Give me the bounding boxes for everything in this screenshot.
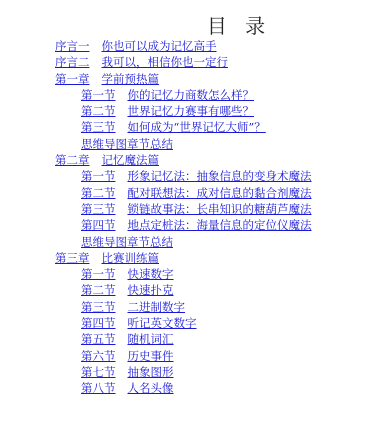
- toc-item-chapter-2[interactable]: 第二章记忆魔法篇: [0, 152, 382, 168]
- toc-number: 第七节: [81, 365, 116, 379]
- toc-number: 第二节: [81, 104, 116, 118]
- toc-number: 第四节: [81, 316, 116, 330]
- toc-text: 抽象图形: [128, 365, 174, 379]
- toc-text: 学前预热篇: [102, 72, 160, 86]
- toc-item-ch1-sec3[interactable]: 第三节如何成为“世界记忆大师”？: [0, 119, 382, 135]
- toc-number: 第三节: [81, 120, 116, 134]
- toc-link[interactable]: 第二节配对联想法：成对信息的黏合剂魔法: [81, 186, 312, 200]
- toc-item-ch3-sec5[interactable]: 第五节随机词汇: [0, 331, 382, 347]
- toc-text: 思维导图章节总结: [81, 235, 173, 249]
- toc-link[interactable]: 第三章比赛训练篇: [55, 251, 159, 265]
- toc-text: 思维导图章节总结: [81, 137, 173, 151]
- toc-link[interactable]: 第三节二进制数字: [81, 300, 185, 314]
- toc-number: 第三节: [81, 202, 116, 216]
- toc-item-ch2-sec1[interactable]: 第一节形象记忆法：抽象信息的变身术魔法: [0, 168, 382, 184]
- toc-text: 如何成为“世界记忆大师”？: [128, 120, 266, 134]
- toc-item-ch2-sec2[interactable]: 第二节配对联想法：成对信息的黏合剂魔法: [0, 185, 382, 201]
- page-title: 目 录: [0, 10, 382, 39]
- toc-link[interactable]: 第八节人名头像: [81, 381, 174, 395]
- toc-link[interactable]: 第一节形象记忆法：抽象信息的变身术魔法: [81, 169, 312, 183]
- toc-number: 第一节: [81, 88, 116, 102]
- toc-item-ch3-sec3[interactable]: 第三节二进制数字: [0, 299, 382, 315]
- toc-item-ch2-summary[interactable]: 思维导图章节总结: [0, 234, 382, 250]
- toc-text: 我可以，相信你也一定行: [102, 55, 229, 69]
- toc-item-ch2-sec3[interactable]: 第三节锁链故事法：长串知识的糖葫芦魔法: [0, 201, 382, 217]
- toc-link[interactable]: 第一节你的记忆力商数怎么样？: [81, 88, 254, 102]
- toc-item-ch1-sec1[interactable]: 第一节你的记忆力商数怎么样？: [0, 87, 382, 103]
- toc-number: 第一节: [81, 169, 116, 183]
- toc-text: 比赛训练篇: [102, 251, 160, 265]
- toc-item-ch1-summary[interactable]: 思维导图章节总结: [0, 136, 382, 152]
- toc-text: 你也可以成为记忆高手: [102, 39, 217, 53]
- toc-text: 随机词汇: [128, 332, 174, 346]
- toc-number: 序言一: [55, 39, 90, 53]
- table-of-contents: 序言一你也可以成为记忆高手 序言二我可以，相信你也一定行 第一章学前预热篇 第一…: [0, 38, 382, 397]
- toc-link[interactable]: 第一节快速数字: [81, 267, 174, 281]
- toc-link[interactable]: 第六节历史事件: [81, 349, 174, 363]
- toc-number: 第二节: [81, 283, 116, 297]
- toc-item-ch3-sec7[interactable]: 第七节抽象图形: [0, 364, 382, 380]
- toc-text: 形象记忆法：抽象信息的变身术魔法: [128, 169, 312, 183]
- toc-text: 记忆魔法篇: [102, 153, 160, 167]
- toc-number: 第一节: [81, 267, 116, 281]
- toc-link[interactable]: 思维导图章节总结: [81, 235, 173, 249]
- toc-number: 序言二: [55, 55, 90, 69]
- toc-link[interactable]: 第五节随机词汇: [81, 332, 174, 346]
- toc-item-ch3-sec4[interactable]: 第四节听记英文数字: [0, 315, 382, 331]
- toc-link[interactable]: 第三节锁链故事法：长串知识的糖葫芦魔法: [81, 202, 312, 216]
- toc-text: 世界记忆力赛事有哪些？: [128, 104, 255, 118]
- toc-link[interactable]: 第二节世界记忆力赛事有哪些？: [81, 104, 254, 118]
- toc-link[interactable]: 第四节听记英文数字: [81, 316, 197, 330]
- toc-number: 第四节: [81, 218, 116, 232]
- toc-item-ch3-sec1[interactable]: 第一节快速数字: [0, 266, 382, 282]
- toc-item-ch2-sec4[interactable]: 第四节地点定桩法：海量信息的定位仪魔法: [0, 217, 382, 233]
- toc-link[interactable]: 第一章学前预热篇: [55, 72, 159, 86]
- toc-text: 锁链故事法：长串知识的糖葫芦魔法: [128, 202, 312, 216]
- toc-text: 地点定桩法：海量信息的定位仪魔法: [128, 218, 312, 232]
- toc-link[interactable]: 第二章记忆魔法篇: [55, 153, 159, 167]
- toc-text: 你的记忆力商数怎么样？: [128, 88, 255, 102]
- toc-text: 配对联想法：成对信息的黏合剂魔法: [128, 186, 312, 200]
- toc-link[interactable]: 第二节快速扑克: [81, 283, 174, 297]
- toc-item-ch1-sec2[interactable]: 第二节世界记忆力赛事有哪些？: [0, 103, 382, 119]
- toc-number: 第八节: [81, 381, 116, 395]
- toc-text: 历史事件: [128, 349, 174, 363]
- toc-link[interactable]: 思维导图章节总结: [81, 137, 173, 151]
- toc-link[interactable]: 序言一你也可以成为记忆高手: [55, 39, 217, 53]
- toc-link[interactable]: 第四节地点定桩法：海量信息的定位仪魔法: [81, 218, 312, 232]
- toc-item-preface-1[interactable]: 序言一你也可以成为记忆高手: [0, 38, 382, 54]
- toc-text: 听记英文数字: [128, 316, 197, 330]
- toc-item-preface-2[interactable]: 序言二我可以，相信你也一定行: [0, 54, 382, 70]
- toc-item-ch3-sec8[interactable]: 第八节人名头像: [0, 380, 382, 396]
- toc-link[interactable]: 第三节如何成为“世界记忆大师”？: [81, 120, 266, 134]
- toc-item-chapter-3[interactable]: 第三章比赛训练篇: [0, 250, 382, 266]
- toc-number: 第五节: [81, 332, 116, 346]
- toc-link[interactable]: 第七节抽象图形: [81, 365, 174, 379]
- toc-text: 快速数字: [128, 267, 174, 281]
- toc-number: 第二章: [55, 153, 90, 167]
- toc-text: 二进制数字: [128, 300, 186, 314]
- toc-number: 第六节: [81, 349, 116, 363]
- toc-text: 人名头像: [128, 381, 174, 395]
- toc-item-chapter-1[interactable]: 第一章学前预热篇: [0, 71, 382, 87]
- toc-text: 快速扑克: [128, 283, 174, 297]
- toc-link[interactable]: 序言二我可以，相信你也一定行: [55, 55, 228, 69]
- toc-number: 第二节: [81, 186, 116, 200]
- toc-number: 第三节: [81, 300, 116, 314]
- toc-item-ch3-sec2[interactable]: 第二节快速扑克: [0, 282, 382, 298]
- toc-number: 第一章: [55, 72, 90, 86]
- toc-number: 第三章: [55, 251, 90, 265]
- toc-item-ch3-sec6[interactable]: 第六节历史事件: [0, 348, 382, 364]
